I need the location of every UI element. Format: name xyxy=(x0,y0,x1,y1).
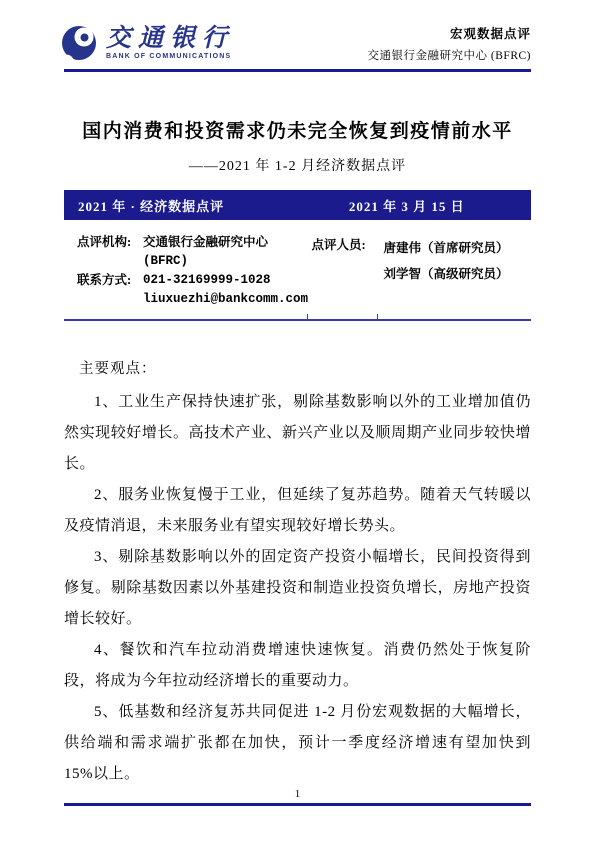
main-heading: 主要观点： xyxy=(79,357,531,378)
body-paragraph: 3、剔除基数影响以外的固定资产投资小幅增长，民间投资得到修复。剔除基数因素以外基… xyxy=(64,542,531,635)
bank-logo: 交通银行 BANK OF COMMUNICATIONS xyxy=(60,22,234,64)
org-value: 交通银行金融研究中心 xyxy=(143,233,268,252)
org-row: 点评机构: 交通银行金融研究中心 xyxy=(77,233,312,252)
info-right-column: 点评人员: 唐建伟（首席研究员）刘学智（高级研究员） xyxy=(312,233,532,309)
person-name: 唐建伟（首席研究员） xyxy=(384,235,509,261)
banner-date: 2021 年 3 月 15 日 xyxy=(349,196,465,215)
doc-type-label: 宏观数据点评 xyxy=(368,24,531,42)
org-abbr: (BFRC) xyxy=(143,252,188,271)
contact-label: 联系方式: xyxy=(77,271,143,290)
footer-rule xyxy=(64,803,531,806)
page-header: 交通银行 BANK OF COMMUNICATIONS 宏观数据点评 交通银行金… xyxy=(64,0,531,72)
contact-email: liuxuezhi@bankcomm.com xyxy=(143,290,308,309)
body-paragraph: 1、工业生产保持快速扩张，剔除基数影响以外的工业增加值仍然实现较好增长。高技术产… xyxy=(64,387,531,480)
date-banner: 2021 年 · 经济数据点评 2021 年 3 月 15 日 xyxy=(64,190,531,220)
main-paragraphs: 1、工业生产保持快速扩张，剔除基数影响以外的工业增加值仍然实现较好增长。高技术产… xyxy=(64,387,531,790)
report-info: 点评机构: 交通银行金融研究中心 (BFRC) 联系方式: 021-321699… xyxy=(64,220,531,321)
org-label: 点评机构: xyxy=(77,233,143,252)
body-paragraph: 2、服务业恢复慢于工业，但延续了复苏趋势。随着天气转暖以及疫情消退，未来服务业有… xyxy=(64,480,531,542)
people-list: 唐建伟（首席研究员）刘学智（高级研究员） xyxy=(384,235,509,309)
bank-name-cn: 交通银行 xyxy=(106,26,234,51)
contact-row-2: liuxuezhi@bankcomm.com xyxy=(77,290,312,309)
doc-org-label: 交通银行金融研究中心 (BFRC) xyxy=(368,47,531,63)
org-row-2: (BFRC) xyxy=(77,252,312,271)
body-paragraph: 4、餐饮和汽车拉动消费增速快速恢复。消费仍然处于恢复阶段，将成为今年拉动经济增长… xyxy=(64,635,531,697)
bank-logo-text: 交通银行 BANK OF COMMUNICATIONS xyxy=(106,26,234,60)
person-name: 刘学智（高级研究员） xyxy=(384,261,509,287)
page-number: 1 xyxy=(0,788,595,800)
contact-phone: 021-32169999-1028 xyxy=(143,271,271,290)
bank-logo-icon xyxy=(60,22,100,64)
report-title: 国内消费和投资需求仍未完全恢复到疫情前水平 xyxy=(64,116,531,143)
table-divider-tick xyxy=(377,314,379,319)
people-label: 点评人员: xyxy=(312,235,384,309)
banner-series-label: 2021 年 · 经济数据点评 xyxy=(64,196,224,215)
body-paragraph: 5、低基数和经济复苏共同促进 1-2 月份宏观数据的大幅增长，供给端和需求端扩张… xyxy=(64,697,531,790)
contact-row: 联系方式: 021-32169999-1028 xyxy=(77,271,312,290)
report-subtitle: ——2021 年 1-2 月经济数据点评 xyxy=(64,155,531,175)
bank-name-en: BANK OF COMMUNICATIONS xyxy=(106,53,234,60)
info-left-column: 点评机构: 交通银行金融研究中心 (BFRC) 联系方式: 021-321699… xyxy=(64,233,312,309)
report-page: 交通银行 BANK OF COMMUNICATIONS 宏观数据点评 交通银行金… xyxy=(0,0,595,842)
header-right: 宏观数据点评 交通银行金融研究中心 (BFRC) xyxy=(368,24,531,64)
table-divider-tick xyxy=(307,314,309,319)
